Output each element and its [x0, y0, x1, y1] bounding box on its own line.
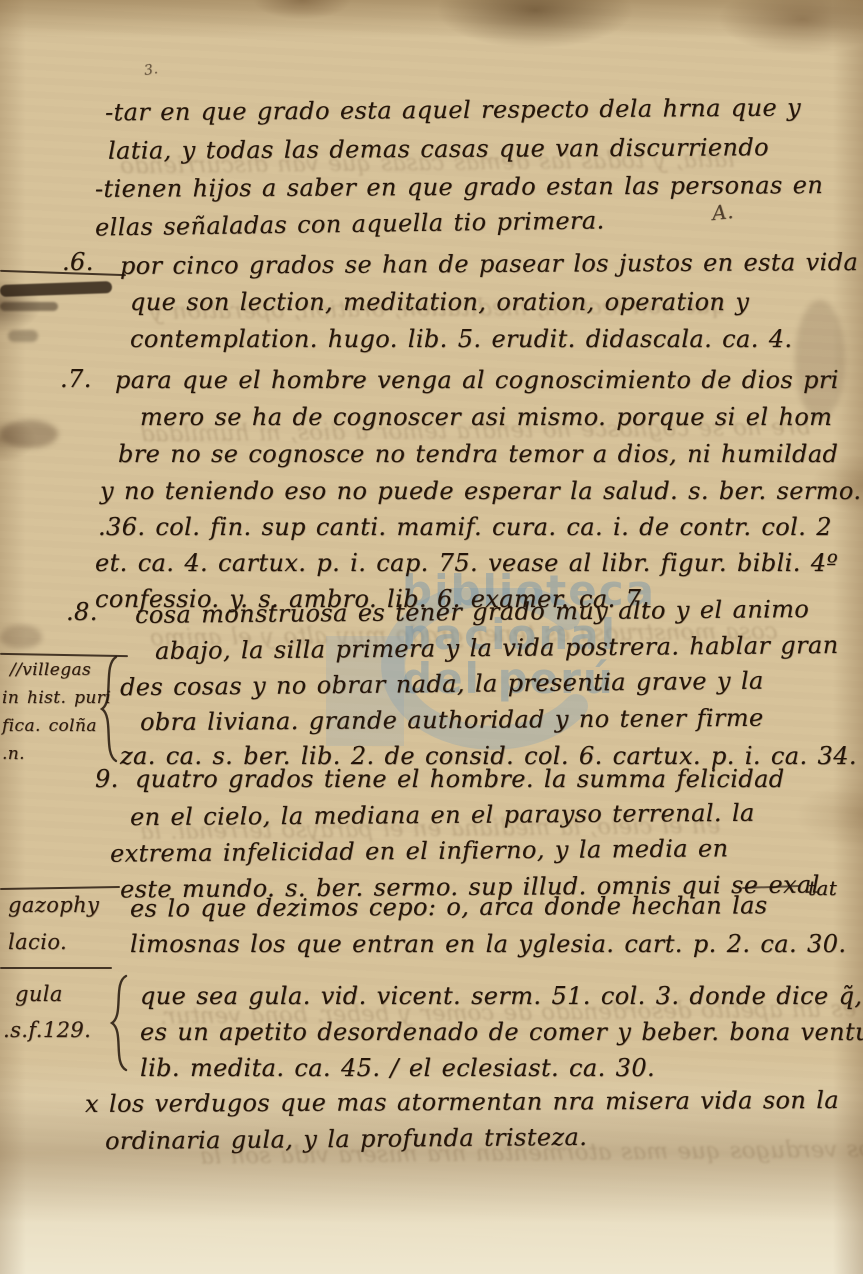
margin-note: fica. colña — [2, 716, 97, 736]
ink-scribble — [0, 281, 112, 297]
catchword: tat — [808, 876, 837, 900]
section-number: .8. — [66, 598, 98, 626]
text-line: que son lection, meditation, oration, op… — [130, 288, 749, 316]
margin-note: .n. — [2, 744, 25, 764]
margin-note: .s.f.129. — [3, 1018, 91, 1042]
section-number: .7. — [60, 365, 92, 393]
paper-stain — [795, 300, 845, 420]
text-line: por cinco grados se han de pasear los ju… — [120, 248, 858, 280]
folio-mark: 3. — [143, 61, 159, 79]
margin-rule — [0, 886, 120, 890]
text-line: bre no se cognosce no tendra temor a dio… — [118, 440, 838, 468]
margin-note: gazophy — [8, 893, 99, 917]
text-line: mero se ha de cognoscer asi mismo. porqu… — [140, 403, 832, 431]
text-line: lib. medita. ca. 45. / el eclesiast. ca.… — [140, 1054, 655, 1082]
text-line: quatro grados tiene el hombre. la summa … — [135, 765, 785, 793]
text-line: extrema infelicidad en el infierno, y la… — [110, 834, 729, 867]
manuscript-page: latia, y todas las demas casas que van d… — [0, 0, 863, 1274]
text-line: -tar en que grado esta aquel respecto de… — [105, 94, 801, 127]
section-number: 9. — [95, 765, 119, 793]
pen-flourish: A. — [711, 199, 735, 225]
text-line: des cosas y no obrar nada, la presentia … — [120, 667, 764, 702]
text-line: limosnas los que entran en la yglesia. c… — [130, 930, 846, 958]
ink-scribble — [0, 302, 58, 311]
text-line: es lo que dezimos cepo: o, arca donde he… — [130, 891, 768, 922]
text-line: y no teniendo eso no puede esperar la sa… — [100, 477, 861, 505]
text-line: en el cielo, la mediana en el parayso te… — [130, 799, 755, 831]
text-line: ordinaria gula, y la profunda tristeza. — [105, 1123, 587, 1155]
text-line: -tienen hijos a saber en que grado estan… — [95, 171, 823, 203]
ink-smudge — [0, 420, 58, 448]
margin-note: //villegas — [10, 660, 91, 680]
text-line: .36. col. fin. sup canti. mamif. cura. c… — [98, 513, 832, 541]
text-line: que sea gula. vid. vicent. serm. 51. col… — [140, 982, 862, 1010]
text-line: latia, y todas las demas casas que van d… — [108, 133, 769, 164]
ink-smudge — [0, 625, 42, 649]
margin-note: lacio. — [8, 930, 67, 954]
text-line: para que el hombre venga al cognoscimien… — [115, 366, 839, 394]
text-line: es un apetito desordenado de comer y beb… — [140, 1018, 863, 1046]
text-line: et. ca. 4. cartux. p. i. cap. 75. vease … — [95, 549, 838, 577]
margin-note: gula — [15, 982, 63, 1006]
margin-note: in hist. puri — [2, 688, 111, 708]
text-line: obra liviana. grande authoridad y no ten… — [140, 704, 764, 736]
margin-rule — [0, 967, 112, 969]
ink-smudge — [8, 330, 38, 342]
margin-brace — [108, 974, 130, 1072]
text-line: ellas señaladas con aquella tio primera. — [95, 206, 605, 241]
margin-brace — [98, 655, 120, 763]
text-line: x los verdugos que mas atormentan nra mi… — [85, 1086, 839, 1118]
text-line: abajo, la silla primera y la vida postre… — [155, 631, 839, 665]
text-line: cosa monstruosa es tener grado muy alto … — [135, 595, 809, 629]
text-line: contemplation. hugo. lib. 5. erudit. did… — [130, 325, 792, 353]
